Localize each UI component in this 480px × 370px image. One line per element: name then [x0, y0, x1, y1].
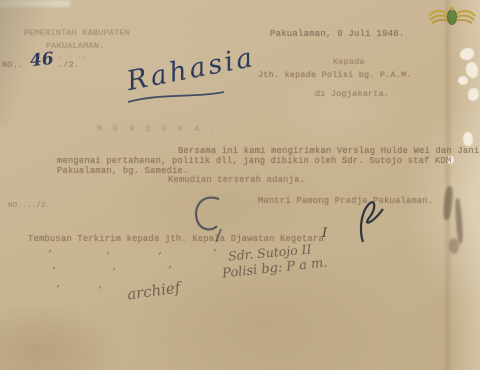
document-number-prefix: NO..: [2, 60, 23, 70]
scanned-letter-page: PEMERINTAH KABUPATEN PAKUALAMAN. .. ' . …: [0, 0, 480, 370]
signature-paraph-ink: [350, 200, 390, 244]
body-line2: mengenai pertahanan, politik dll, jang d…: [57, 156, 452, 166]
ditto-mark: ’: [158, 250, 162, 263]
body-line4: Kemudian terserah adanja.: [168, 175, 305, 185]
margin-number-note: NO..../2.: [8, 202, 50, 210]
ditto-mark: ’: [112, 266, 116, 279]
letterhead-line2: PAKUALAMAN.: [46, 41, 104, 51]
torn-paper-patch: [466, 62, 478, 78]
document-number-handwritten: 46: [29, 49, 55, 71]
faded-heading: M E R D E K A .: [97, 124, 219, 134]
classification-stamp-handwritten: Rahasia: [124, 42, 258, 97]
recipient-kepada: Kepada: [333, 57, 365, 67]
torn-paper-patch: [458, 76, 468, 85]
torn-paper-patch: [463, 132, 473, 146]
cc-handwritten-numeral: I: [322, 226, 327, 241]
pencil-note-archief: archief: [126, 278, 181, 303]
edge-tear-shadow: [449, 238, 459, 254]
cc-typed-line: Tembusan Terkirim kepada jth. Kepala Dja…: [28, 234, 324, 244]
ditto-mark: ’: [56, 283, 60, 296]
ditto-mark: ’: [52, 265, 56, 278]
ditto-mark: ’: [98, 284, 102, 297]
dateline: Pakualaman, 9 Juli 1948.: [270, 29, 404, 39]
ditto-mark: ’: [48, 248, 52, 261]
classification-underline-stroke: [126, 90, 226, 104]
signature-title: Mantri Pamong Pradja Pakualaman.: [258, 196, 433, 206]
document-number-suffix: ./2.: [58, 60, 79, 70]
ditto-mark: ’: [213, 247, 217, 260]
recipient-city: di Jogjakarta.: [315, 89, 389, 99]
recipient-addressee: Jth. kepada Polisi bg. P.A.M.: [258, 70, 412, 80]
body-line1: Bersama ini kami mengirimkan Verslag Hul…: [178, 146, 479, 156]
ditto-mark: ’: [168, 264, 172, 277]
winged-crest-emblem: [428, 5, 476, 29]
letterhead-line1: PEMERINTAH KABUPATEN: [24, 28, 130, 38]
ditto-mark: ’: [106, 250, 110, 263]
